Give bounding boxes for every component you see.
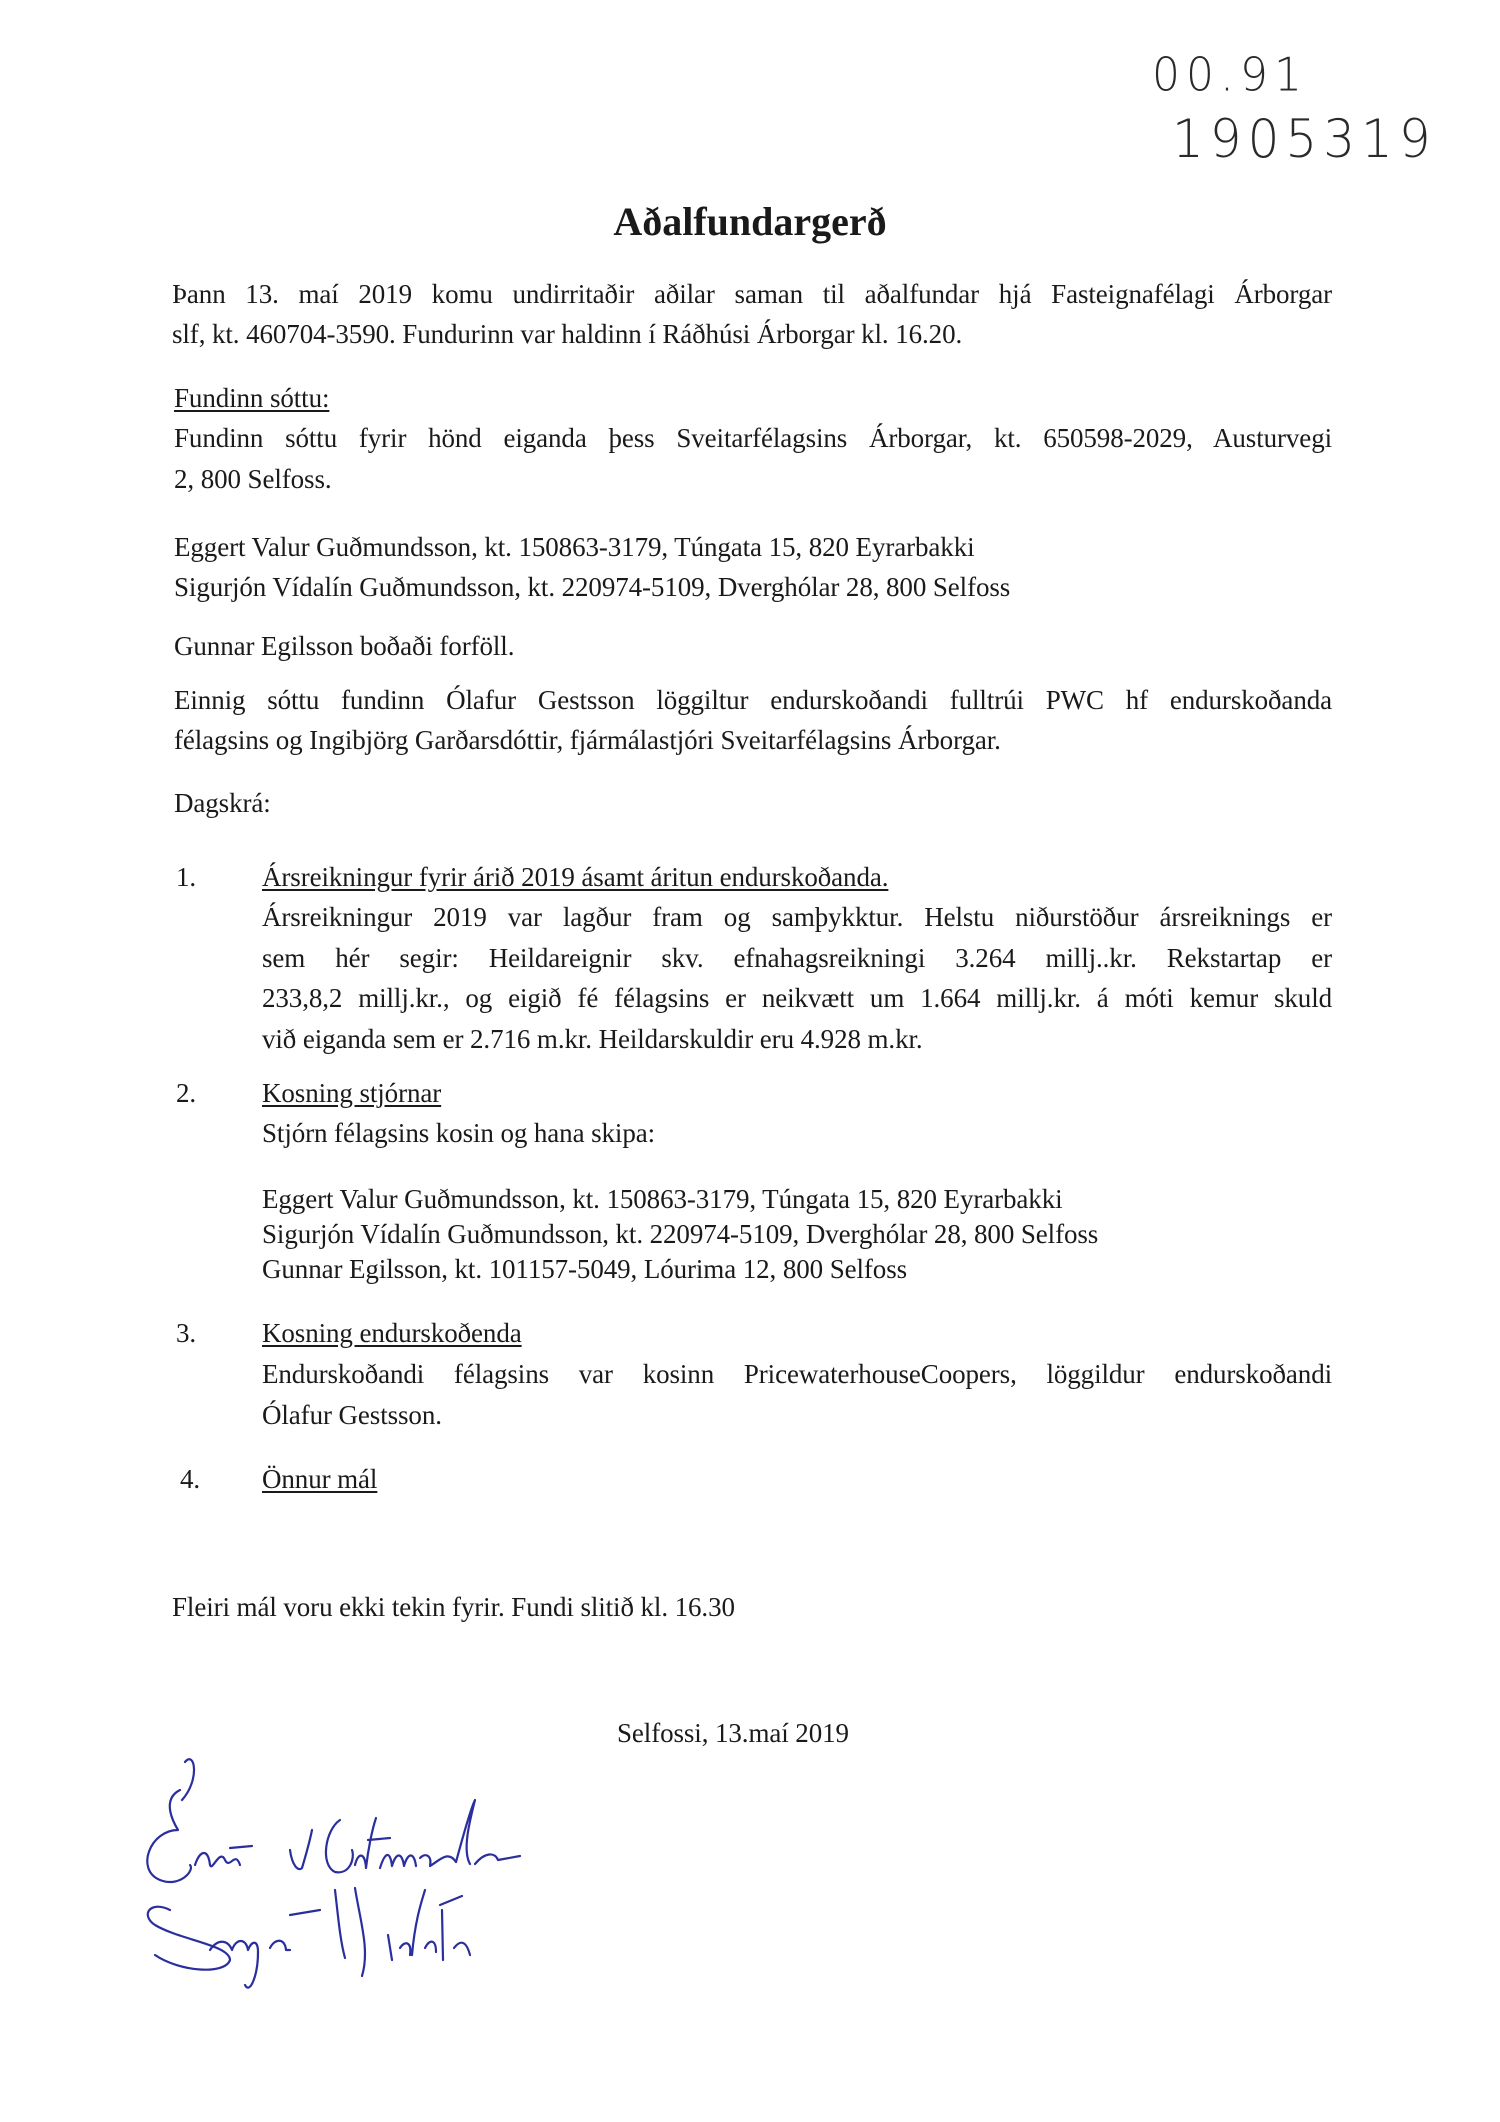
agenda-item-1-line-1: Ársreikningur 2019 var lagður fram og sa… <box>262 900 1332 935</box>
signature-eggert-valur-gudmundsson <box>147 1759 520 1882</box>
signature-sigurjon-vidalin <box>148 1888 470 1988</box>
agenda-item-3-line-2: Ólafur Gestsson. <box>262 1398 442 1433</box>
agenda-item-3-line-1: Endurskoðandi félagsins var kosinn Price… <box>262 1357 1332 1392</box>
intro-line-1: Þann 13. maí 2019 komu undirritaðir aðil… <box>172 277 1332 312</box>
agenda-item-4-heading: Önnur mál <box>262 1462 377 1497</box>
document-title: Aðalfundargerð <box>0 198 1500 245</box>
agenda-item-3-heading: Kosning endurskoðenda <box>262 1316 522 1351</box>
handwritten-case-number: 1905319 <box>1172 109 1437 170</box>
agenda-item-4-number: 4. <box>180 1462 200 1497</box>
agenda-item-1-line-2: sem hér segir: Heildareignir skv. efnaha… <box>262 941 1332 976</box>
attendance-line-1: Fundinn sóttu fyrir hönd eiganda þess Sv… <box>174 421 1332 456</box>
absence-note: Gunnar Egilsson boðaði forföll. <box>174 629 514 664</box>
agenda-item-1-heading: Ársreikningur fyrir árið 2019 ásamt árit… <box>262 860 888 895</box>
agenda-item-1-line-3: 233,8,2 millj.kr., og eigið fé félagsins… <box>262 981 1332 1016</box>
agenda-item-2-heading: Kosning stjórnar <box>262 1076 441 1111</box>
intro-line-2: slf, kt. 460704-3590. Fundurinn var hald… <box>172 317 962 352</box>
board-member-2: Sigurjón Vídalín Guðmundsson, kt. 220974… <box>262 1217 1098 1252</box>
attendee-member-1: Eggert Valur Guðmundsson, kt. 150863-317… <box>174 530 975 565</box>
attendance-heading: Fundinn sóttu: <box>174 381 329 416</box>
attendance-line-2: 2, 800 Selfoss. <box>174 462 332 497</box>
attendee-member-2: Sigurjón Vídalín Guðmundsson, kt. 220974… <box>174 570 1010 605</box>
agenda-item-1-number: 1. <box>176 860 196 895</box>
board-member-3: Gunnar Egilsson, kt. 101157-5049, Lóurim… <box>262 1252 907 1287</box>
agenda-item-3-number: 3. <box>176 1316 196 1351</box>
other-attendees-line-2: félagsins og Ingibjörg Garðarsdóttir, fj… <box>174 723 1001 758</box>
signatures <box>140 1740 860 2000</box>
agenda-item-2-line-1: Stjórn félagsins kosin og hana skipa: <box>262 1116 655 1151</box>
other-attendees-line-1: Einnig sóttu fundinn Ólafur Gestsson lög… <box>174 683 1332 718</box>
closing-statement: Fleiri mál voru ekki tekin fyrir. Fundi … <box>172 1590 735 1625</box>
handwritten-reference-code: 00.91 <box>1152 49 1308 103</box>
agenda-item-2-number: 2. <box>176 1076 196 1111</box>
agenda-item-1-line-4: við eiganda sem er 2.716 m.kr. Heildarsk… <box>262 1022 923 1057</box>
board-member-1: Eggert Valur Guðmundsson, kt. 150863-317… <box>262 1182 1063 1217</box>
agenda-label: Dagskrá: <box>174 786 271 821</box>
